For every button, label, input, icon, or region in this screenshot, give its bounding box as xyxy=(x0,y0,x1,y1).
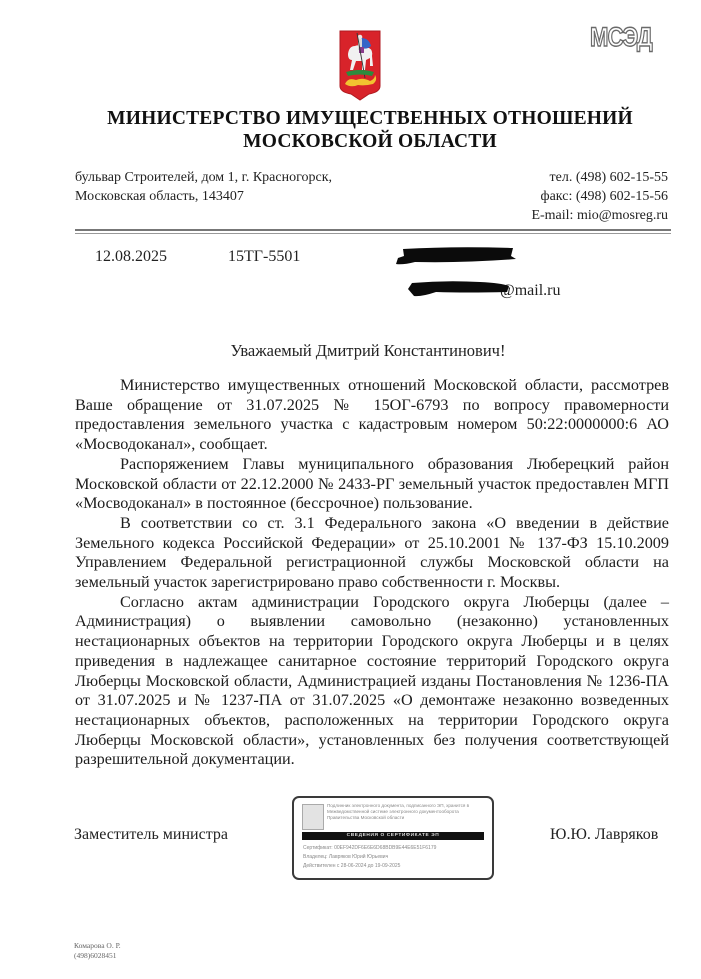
org-title-line1: МИНИСТЕРСТВО ИМУЩЕСТВЕННЫХ ОТНОШЕНИЙ xyxy=(0,108,701,130)
e-signature-header: СВЕДЕНИЯ О СЕРТИФИКАТЕ ЭП xyxy=(302,832,484,840)
fax: факс: (498) 602-15-56 xyxy=(541,189,669,205)
email-link[interactable]: E-mail: mio@mosreg.ru xyxy=(531,208,668,224)
greeting: Уважаемый Дмитрий Константинович! xyxy=(0,341,701,361)
header-divider xyxy=(75,229,671,234)
executor-name: Комарова О. Р. xyxy=(74,941,121,951)
e-signature-note: Подлинник электронного документа, подпис… xyxy=(327,803,487,821)
body-paragraph: Согласно актам администрации Городского … xyxy=(75,593,669,770)
executor-info: Комарова О. Р. (498)6028451 xyxy=(74,941,121,961)
body-paragraph: Министерство имущественных отношений Мос… xyxy=(75,376,669,455)
address-line2: Московская область, 143407 xyxy=(75,189,244,205)
certificate-validity: Действителен с 28-06-2024 до 19-09-2025 xyxy=(303,863,400,869)
registration-number: 15ТГ-5501 xyxy=(228,248,300,266)
certificate-owner: Владелец: Лавряков Юрий Юрьевич xyxy=(303,854,388,860)
signatory-position: Заместитель министра xyxy=(74,826,228,844)
msed-stamp-mark: МСЭД xyxy=(590,22,652,53)
address-line1: бульвар Строителей, дом 1, г. Красногорс… xyxy=(75,170,332,186)
certificate-number: Сертификат: 00EF942DF6E6E6D68BDB9E44E6E5… xyxy=(303,845,436,851)
executor-phone: (498)6028451 xyxy=(74,951,121,961)
electronic-signature-stamp: Подлинник электронного документа, подпис… xyxy=(292,796,494,880)
body-paragraph: Распоряжением Главы муниципального образ… xyxy=(75,455,669,514)
body-paragraph: В соответствии со ст. 3.1 Федерального з… xyxy=(75,514,669,593)
phone: тел. (498) 602-15-55 xyxy=(550,170,668,186)
letter-date: 12.08.2025 xyxy=(95,248,167,266)
redaction-recipient-email xyxy=(406,280,511,298)
org-title-line2: МОСКОВСКОЙ ОБЛАСТИ xyxy=(0,131,701,153)
letter-body: Министерство имущественных отношений Мос… xyxy=(75,376,669,770)
signatory-name: Ю.Ю. Лавряков xyxy=(550,826,658,844)
moscow-oblast-coat-of-arms-icon xyxy=(339,30,381,102)
government-emblem-icon xyxy=(302,804,324,830)
redaction-recipient-name xyxy=(395,246,517,266)
